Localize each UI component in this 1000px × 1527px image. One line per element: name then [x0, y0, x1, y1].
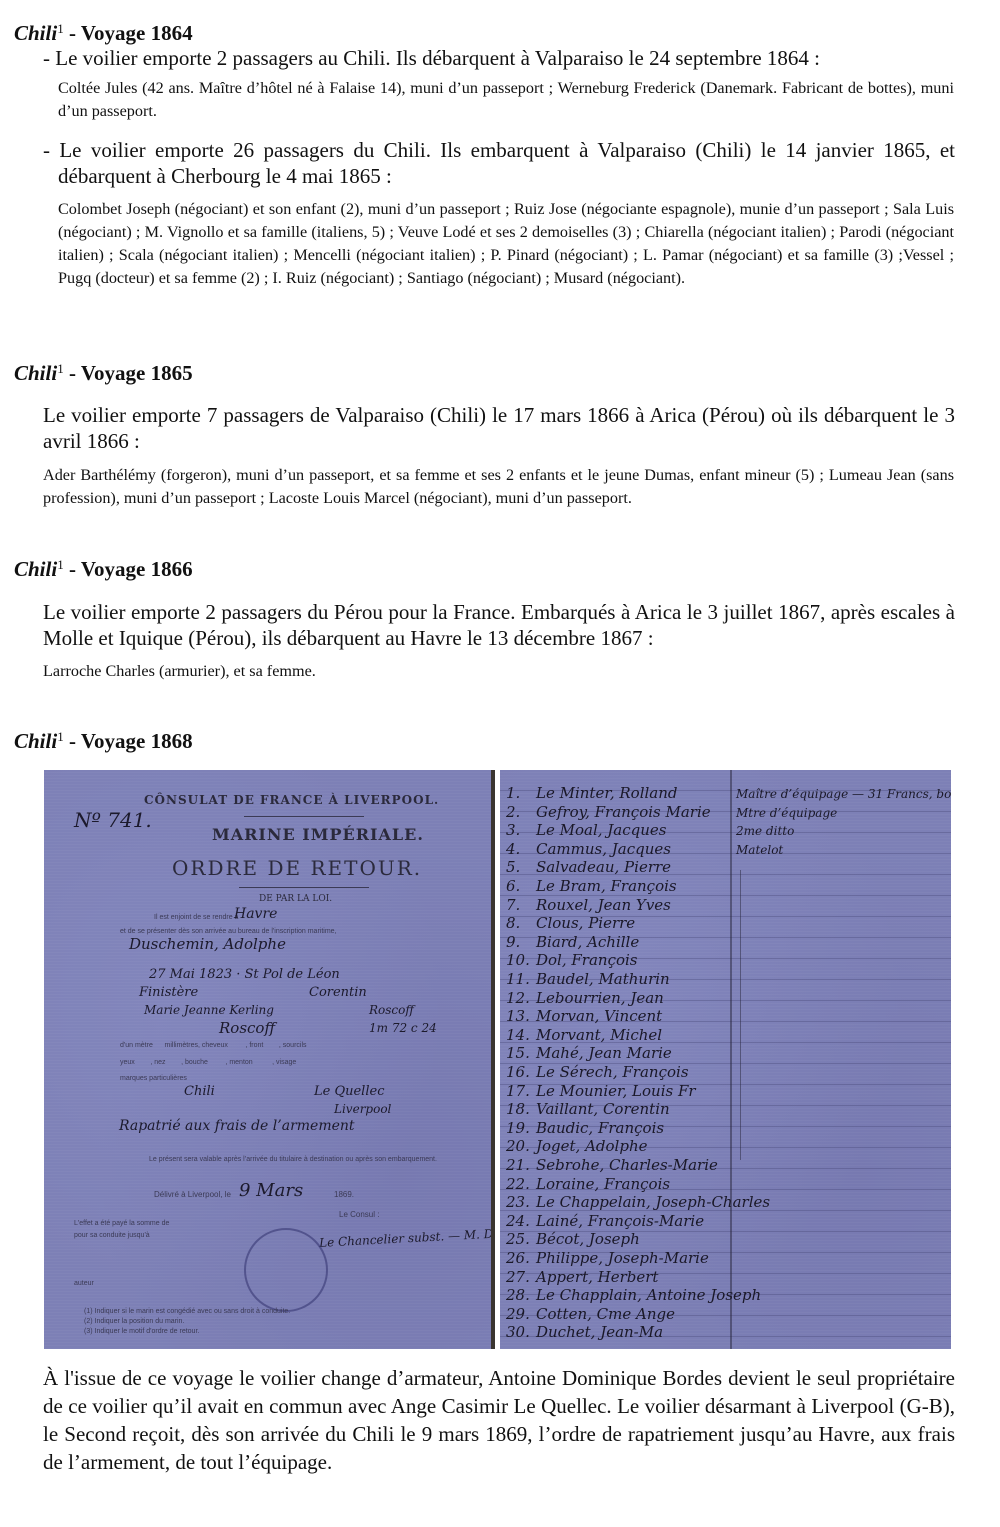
crew-name: Loraine, François	[536, 1175, 736, 1193]
voyage-1868-closing: À l'issue de ce voyage le voilier change…	[43, 1364, 955, 1476]
crew-row: 27.Appert, Herbert	[506, 1268, 736, 1286]
crew-number: 18.	[506, 1100, 536, 1118]
name-field: Duschemin, Adolphe	[129, 935, 286, 953]
form-line: pour sa conduite jusqu'à	[74, 1232, 150, 1239]
port-field: Liverpool	[334, 1102, 391, 1116]
crew-number: 3.	[506, 821, 536, 839]
residence-field: Roscoff	[369, 1003, 414, 1017]
crew-name: Le Chappelain, Joseph-Charles	[536, 1193, 736, 1211]
crew-role: Matelot	[736, 843, 783, 857]
crew-name: Dol, François	[536, 951, 736, 969]
crew-row: 20.Joget, Adolphe	[506, 1137, 736, 1155]
crew-number: 27.	[506, 1268, 536, 1286]
crew-row: 6.Le Bram, François	[506, 877, 736, 895]
crew-number: 12.	[506, 989, 536, 1007]
section-heading-1864: Chili1 - Voyage 1864	[14, 17, 193, 45]
voyage-1864-outbound-intro: - Le voilier emporte 2 passagers au Chil…	[43, 45, 955, 71]
voyage-1864-return-passengers: Colombet Joseph (négociant) et son enfan…	[58, 198, 954, 290]
voyage-1864-return-intro: - Le voilier emporte 26 passagers du Chi…	[43, 137, 955, 189]
voyage-title: - Voyage 1864	[64, 21, 193, 45]
crew-number: 1.	[506, 784, 536, 802]
crew-number: 13.	[506, 1007, 536, 1025]
crew-name: Sebrohe, Charles-Marie	[536, 1156, 736, 1174]
crew-name: Baudic, François	[536, 1119, 736, 1137]
crew-number: 4.	[506, 840, 536, 858]
crew-name: Joget, Adolphe	[536, 1137, 736, 1155]
repatriation-note: Rapatrié aux frais de l’armement	[119, 1118, 355, 1134]
crew-row: 23.Le Chappelain, Joseph-Charles	[506, 1193, 736, 1211]
crew-name: Lebourrien, Jean	[536, 989, 736, 1007]
crew-number: 6.	[506, 877, 536, 895]
crew-number: 22.	[506, 1175, 536, 1193]
section-heading-1865: Chili1 - Voyage 1865	[14, 357, 193, 385]
voyage-1866-intro: Le voilier emporte 2 passagers du Pérou …	[43, 599, 955, 651]
voyage-title: - Voyage 1866	[64, 557, 193, 581]
crew-number: 2.	[506, 803, 536, 821]
section-heading-1866: Chili1 - Voyage 1866	[14, 553, 193, 581]
footnote-line: (2) Indiquer la position du marin.	[84, 1318, 184, 1325]
document-title: ORDRE DE RETOUR.	[172, 856, 422, 880]
crew-row: 4.Cammus, JacquesMatelot	[506, 840, 783, 858]
crew-row: 29.Cotten, Cme Ange	[506, 1305, 736, 1323]
ship-name: Chili	[14, 729, 57, 753]
crew-row: 11.Baudel, Mathurin	[506, 970, 736, 988]
scan-ordre-de-retour: Nº 741. CÔNSULAT DE FRANCE À LIVERPOOL. …	[44, 770, 495, 1349]
crew-row: 18.Vaillant, Corentin	[506, 1100, 736, 1118]
crew-name: Philippe, Joseph-Marie	[536, 1249, 736, 1267]
divider	[239, 887, 369, 888]
crew-number: 29.	[506, 1305, 536, 1323]
voyage-title: - Voyage 1865	[64, 361, 193, 385]
crew-name: Vaillant, Corentin	[536, 1100, 736, 1118]
mother-field: Marie Jeanne Kerling	[144, 1003, 274, 1017]
crew-number: 26.	[506, 1249, 536, 1267]
brace-line	[740, 870, 741, 1160]
crew-number: 9.	[506, 933, 536, 951]
form-line: auteur	[74, 1280, 94, 1287]
crew-number: 24.	[506, 1212, 536, 1230]
quartier-field: Roscoff	[219, 1019, 275, 1037]
crew-name: Cotten, Cme Ange	[536, 1305, 736, 1323]
consulate-stamp	[244, 1228, 328, 1312]
crew-number: 11.	[506, 970, 536, 988]
crew-name: Lainé, François-Marie	[536, 1212, 736, 1230]
crew-role: 2me ditto	[736, 824, 794, 838]
crew-row: 30.Duchet, Jean-Ma	[506, 1323, 736, 1341]
crew-number: 20.	[506, 1137, 536, 1155]
crew-number: 10.	[506, 951, 536, 969]
footnote-line: (1) Indiquer si le marin est congédié av…	[84, 1308, 290, 1315]
scan-crew-list: 1.Le Minter, RollandMaître d’équipage — …	[500, 770, 951, 1349]
crew-name: Rouxel, Jean Yves	[536, 896, 736, 914]
year-field: 1869.	[334, 1190, 354, 1199]
height-field: 1m 72 c 24	[369, 1021, 437, 1035]
voyage-1865-intro: Le voilier emporte 7 passagers de Valpar…	[43, 402, 955, 454]
crew-role: Maître d’équipage — 31 Francs, bon…	[736, 787, 951, 801]
crew-row: 15.Mahé, Jean Marie	[506, 1044, 736, 1062]
voyage-1864-outbound-passengers: Coltée Jules (42 ans. Maître d’hôtel né …	[58, 77, 954, 123]
ship-name: Chili	[14, 557, 57, 581]
crew-row: 1.Le Minter, RollandMaître d’équipage — …	[506, 784, 951, 802]
crew-row: 13.Morvan, Vincent	[506, 1007, 736, 1025]
crew-name: Cammus, Jacques	[536, 840, 736, 858]
form-line: d'un mètre millimètres, cheveux , front …	[120, 1042, 307, 1049]
crew-row: 28.Le Chapplain, Antoine Joseph	[506, 1286, 736, 1304]
crew-name: Le Minter, Rolland	[536, 784, 736, 802]
section-heading-1868: Chili1 - Voyage 1868	[14, 725, 193, 753]
ship-field: Chili	[184, 1084, 215, 1099]
crew-name: Baudel, Mathurin	[536, 970, 736, 988]
crew-name: Duchet, Jean-Ma	[536, 1323, 736, 1341]
crew-row: 12.Lebourrien, Jean	[506, 989, 736, 1007]
crew-row: 17.Le Mounier, Louis Fr	[506, 1082, 736, 1100]
crew-name: Gefroy, François Marie	[536, 803, 736, 821]
voyage-1866-passengers: Larroche Charles (armurier), et sa femme…	[43, 660, 954, 683]
crew-row: 2.Gefroy, François MarieMtre d’équipage	[506, 803, 837, 821]
crew-number: 15.	[506, 1044, 536, 1062]
crew-number: 25.	[506, 1230, 536, 1248]
crew-number: 7.	[506, 896, 536, 914]
crew-name: Le Chapplain, Antoine Joseph	[536, 1286, 736, 1304]
crew-name: Mahé, Jean Marie	[536, 1044, 736, 1062]
crew-row: 5.Salvadeau, Pierre	[506, 858, 736, 876]
voyage-1865-passengers: Ader Barthélémy (forgeron), muni d’un pa…	[43, 464, 954, 510]
crew-name: Le Sérech, François	[536, 1063, 736, 1081]
department-field: Finistère	[139, 985, 198, 1000]
crew-row: 14.Morvant, Michel	[506, 1026, 736, 1044]
form-line: yeux , nez , bouche , menton , visage	[120, 1059, 296, 1066]
form-line: marques particulières	[120, 1075, 187, 1082]
crew-name: Morvan, Vincent	[536, 1007, 736, 1025]
crew-number: 28.	[506, 1286, 536, 1304]
ship-name: Chili	[14, 361, 57, 385]
crew-number: 30.	[506, 1323, 536, 1341]
crew-number: 19.	[506, 1119, 536, 1137]
crew-number: 17.	[506, 1082, 536, 1100]
marine-header: MARINE IMPÉRIALE.	[212, 825, 424, 844]
crew-name: Clous, Pierre	[536, 914, 736, 932]
crew-row: 3.Le Moal, Jacques2me ditto	[506, 821, 794, 839]
birth-field: 27 Mai 1823 · St Pol de Léon	[149, 967, 340, 982]
divider	[244, 816, 364, 817]
form-line: et de se présenter dès son arrivée au bu…	[120, 928, 337, 935]
ship-name: Chili	[14, 21, 57, 45]
crew-row: 8.Clous, Pierre	[506, 914, 736, 932]
crew-name: Salvadeau, Pierre	[536, 858, 736, 876]
crew-row: 24.Lainé, François-Marie	[506, 1212, 736, 1230]
crew-name: Le Bram, François	[536, 877, 736, 895]
crew-row: 7.Rouxel, Jean Yves	[506, 896, 736, 914]
consulate-header: CÔNSULAT DE FRANCE À LIVERPOOL.	[144, 793, 439, 807]
crew-row: 21.Sebrohe, Charles-Marie	[506, 1156, 736, 1174]
crew-number: 23.	[506, 1193, 536, 1211]
crew-name: Appert, Herbert	[536, 1268, 736, 1286]
crew-name: Le Mounier, Louis Fr	[536, 1082, 736, 1100]
date-field: 9 Mars	[239, 1180, 303, 1201]
form-line: Il est enjoint de se rendre à	[154, 914, 238, 921]
validity-text: Le présent sera valable après l’arrivée …	[149, 1156, 437, 1163]
delivered-text: Délivré à Liverpool, le	[154, 1190, 231, 1199]
son-of-field: Corentin	[309, 985, 367, 1000]
crew-number: 21.	[506, 1156, 536, 1174]
crew-row: 10.Dol, François	[506, 951, 736, 969]
footnote-line: (3) Indiquer le motif d'ordre de retour.	[84, 1328, 199, 1335]
crew-number: 8.	[506, 914, 536, 932]
destination-field: Havre	[234, 906, 277, 922]
crew-name: Bécot, Joseph	[536, 1230, 736, 1248]
crew-number: 5.	[506, 858, 536, 876]
crew-row: 25.Bécot, Joseph	[506, 1230, 736, 1248]
crew-number: 16.	[506, 1063, 536, 1081]
crew-row: 16.Le Sérech, François	[506, 1063, 736, 1081]
crew-row: 26.Philippe, Joseph-Marie	[506, 1249, 736, 1267]
crew-row: 9.Biard, Achille	[506, 933, 736, 951]
crew-name: Biard, Achille	[536, 933, 736, 951]
crew-name: Morvant, Michel	[536, 1026, 736, 1044]
voyage-title: - Voyage 1868	[64, 729, 193, 753]
crew-role: Mtre d’équipage	[736, 806, 837, 820]
form-line: L'effet a été payé la somme de	[74, 1220, 169, 1227]
consul-label: Le Consul :	[339, 1210, 379, 1219]
document-number: Nº 741.	[74, 808, 152, 832]
crew-name: Le Moal, Jacques	[536, 821, 736, 839]
crew-number: 14.	[506, 1026, 536, 1044]
captain-field: Le Quellec	[314, 1084, 384, 1099]
crew-row: 22.Loraine, François	[506, 1175, 736, 1193]
crew-row: 19.Baudic, François	[506, 1119, 736, 1137]
law-line: DE PAR LA LOI.	[259, 894, 332, 904]
